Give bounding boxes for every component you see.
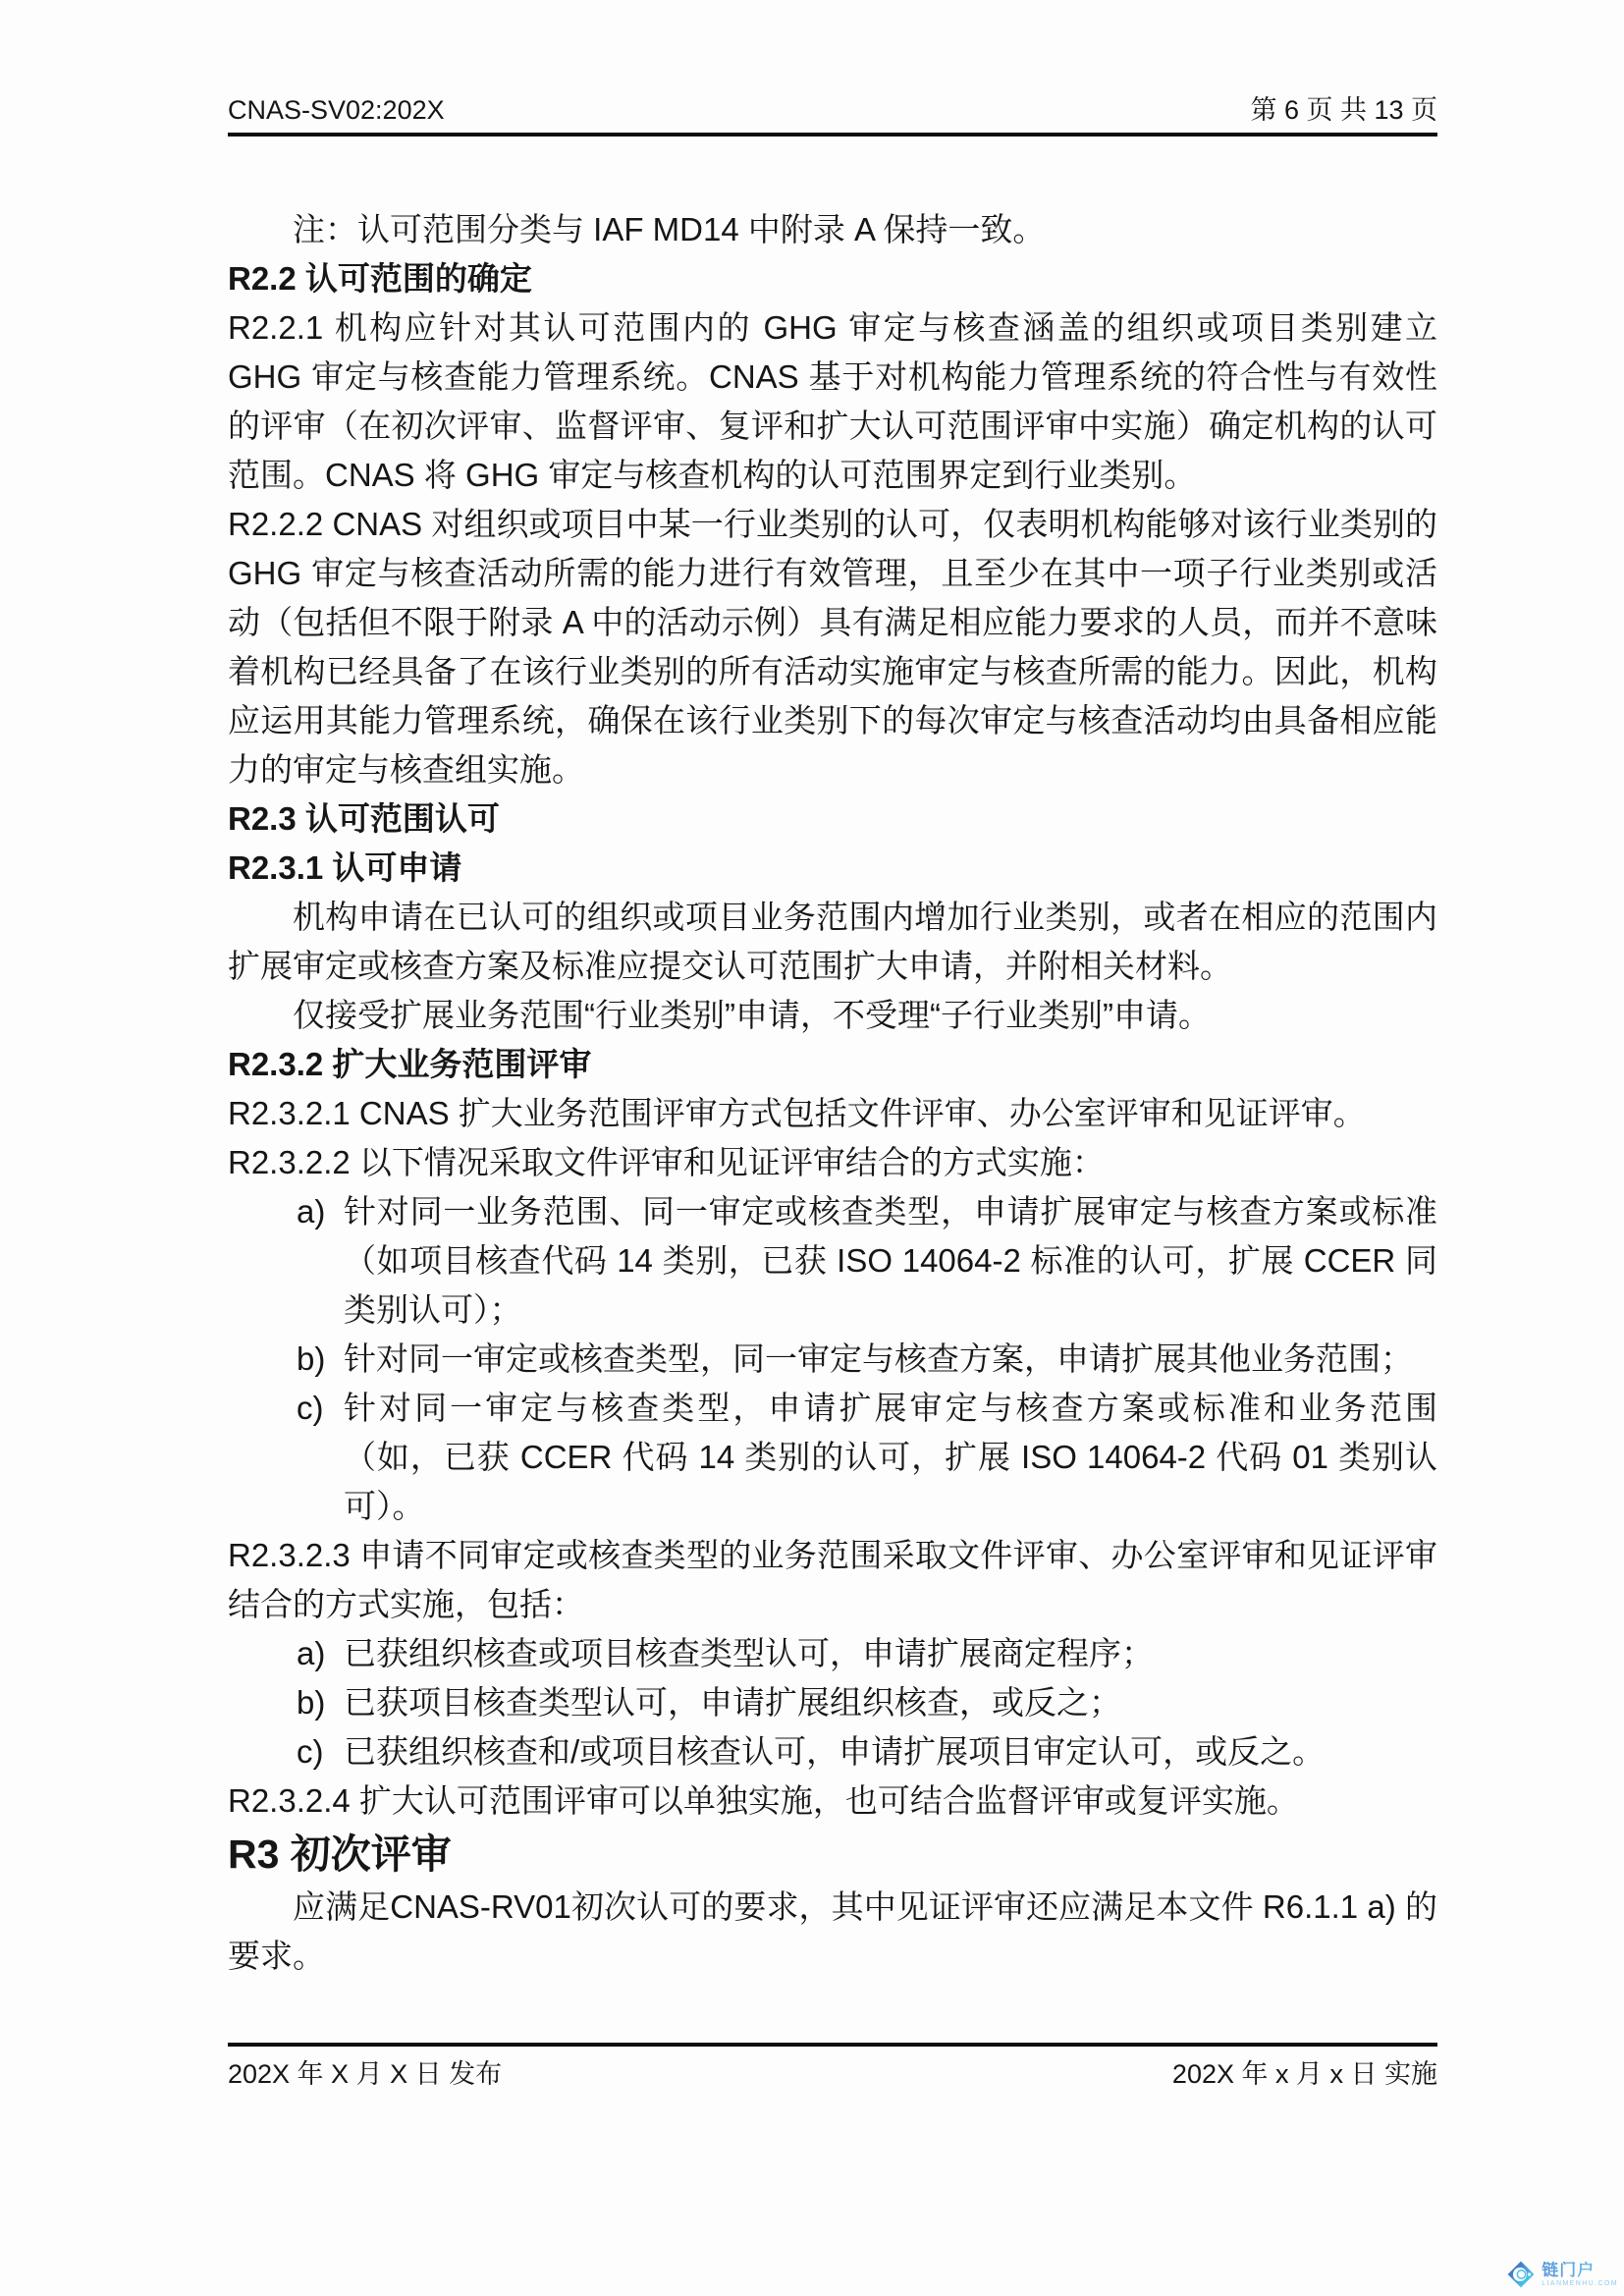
paragraph-r2322: R2.3.2.2 以下情况采取文件评审和见证评审结合的方式实施： — [228, 1138, 1437, 1187]
section-heading-r23: R2.3 认可范围认可 — [228, 794, 1437, 844]
doc-number: CNAS-SV02:202X — [228, 94, 445, 126]
paragraph-r222: R2.2.2 CNAS 对组织或项目中某一行业类别的认可，仅表明机构能够对该行业… — [228, 500, 1437, 794]
section-heading-r22: R2.2 认可范围的确定 — [228, 254, 1437, 303]
list-item-text: 已获项目核查类型认可，申请扩展组织核查，或反之； — [344, 1678, 1437, 1727]
list-item-text: 已获组织核查和/或项目核查认可，申请扩展项目审定认可，或反之。 — [344, 1727, 1437, 1777]
section-heading-r231: R2.3.1 认可申请 — [228, 844, 1437, 893]
lianmenhu-logo-icon — [1505, 2259, 1537, 2290]
list-item-marker: a) — [297, 1629, 344, 1678]
list-item-text: 针对同一审定或核查类型，同一审定与核查方案，申请扩展其他业务范围； — [344, 1335, 1437, 1384]
list-item: a) 针对同一业务范围、同一审定或核查类型，申请扩展审定与核查方案或标准（如项目… — [228, 1187, 1437, 1335]
list-item-marker: c) — [297, 1727, 344, 1777]
list-item: c) 针对同一审定与核查类型，申请扩展审定与核查方案或标准和业务范围（如，已获 … — [228, 1384, 1437, 1531]
list-item-marker: a) — [297, 1187, 344, 1335]
watermark-site-name: 链门户 — [1542, 2262, 1618, 2278]
note-paragraph: 注：认可范围分类与 IAF MD14 中附录 A 保持一致。 — [228, 205, 1437, 254]
watermark: 链门户 LIANMENHU.COM — [1505, 2259, 1618, 2290]
paragraph-r231b: 仅接受扩展业务范围“行业类别”申请，不受理“子行业类别”申请。 — [228, 991, 1437, 1040]
footer-issue-date: 202X 年 X 月 X 日 发布 — [228, 2058, 502, 2090]
document-page: CNAS-SV02:202X 第 6 页 共 13 页 注：认可范围分类与 IA… — [228, 0, 1437, 1981]
paragraph-r2324: R2.3.2.4 扩大认可范围评审可以单独实施，也可结合监督评审或复评实施。 — [228, 1777, 1437, 1826]
list-item: b) 针对同一审定或核查类型，同一审定与核查方案，申请扩展其他业务范围； — [228, 1335, 1437, 1384]
document-body: 注：认可范围分类与 IAF MD14 中附录 A 保持一致。 R2.2 认可范围… — [228, 205, 1437, 1981]
paragraph-r231a: 机构申请在已认可的组织或项目业务范围内增加行业类别，或者在相应的范围内扩展审定或… — [228, 893, 1437, 991]
paragraph-r2323: R2.3.2.3 申请不同审定或核查类型的业务范围采取文件评审、办公室评审和见证… — [228, 1531, 1437, 1629]
page-footer: 202X 年 X 月 X 日 发布 202X 年 x 月 x 日 实施 — [228, 2043, 1437, 2090]
list-item-text: 已获组织核查或项目核查类型认可，申请扩展商定程序； — [344, 1629, 1437, 1678]
page-indicator: 第 6 页 共 13 页 — [1250, 94, 1437, 126]
list-item-text: 针对同一审定与核查类型，申请扩展审定与核查方案或标准和业务范围（如，已获 CCE… — [344, 1384, 1437, 1531]
section-heading-r3: R3 初次评审 — [228, 1826, 1437, 1883]
section-heading-r232: R2.3.2 扩大业务范围评审 — [228, 1040, 1437, 1089]
list-item-marker: b) — [297, 1678, 344, 1727]
paragraph-r3: 应满足CNAS-RV01初次认可的要求，其中见证评审还应满足本文件 R6.1.1… — [228, 1883, 1437, 1981]
paragraph-r221: R2.2.1 机构应针对其认可范围内的 GHG 审定与核查涵盖的组织或项目类别建… — [228, 303, 1437, 500]
footer-implementation-date: 202X 年 x 月 x 日 实施 — [1172, 2058, 1437, 2090]
list-item: b) 已获项目核查类型认可，申请扩展组织核查，或反之； — [228, 1678, 1437, 1727]
list-item-marker: c) — [297, 1384, 344, 1531]
list-item: a) 已获组织核查或项目核查类型认可，申请扩展商定程序； — [228, 1629, 1437, 1678]
list-item-marker: b) — [297, 1335, 344, 1384]
paragraph-r2321: R2.3.2.1 CNAS 扩大业务范围评审方式包括文件评审、办公室评审和见证评… — [228, 1089, 1437, 1138]
list-item: c) 已获组织核查和/或项目核查认可，申请扩展项目审定认可，或反之。 — [228, 1727, 1437, 1777]
page-header: CNAS-SV02:202X 第 6 页 共 13 页 — [228, 94, 1437, 137]
watermark-site-domain: LIANMENHU.COM — [1542, 2280, 1618, 2287]
list-item-text: 针对同一业务范围、同一审定或核查类型，申请扩展审定与核查方案或标准（如项目核查代… — [344, 1187, 1437, 1335]
